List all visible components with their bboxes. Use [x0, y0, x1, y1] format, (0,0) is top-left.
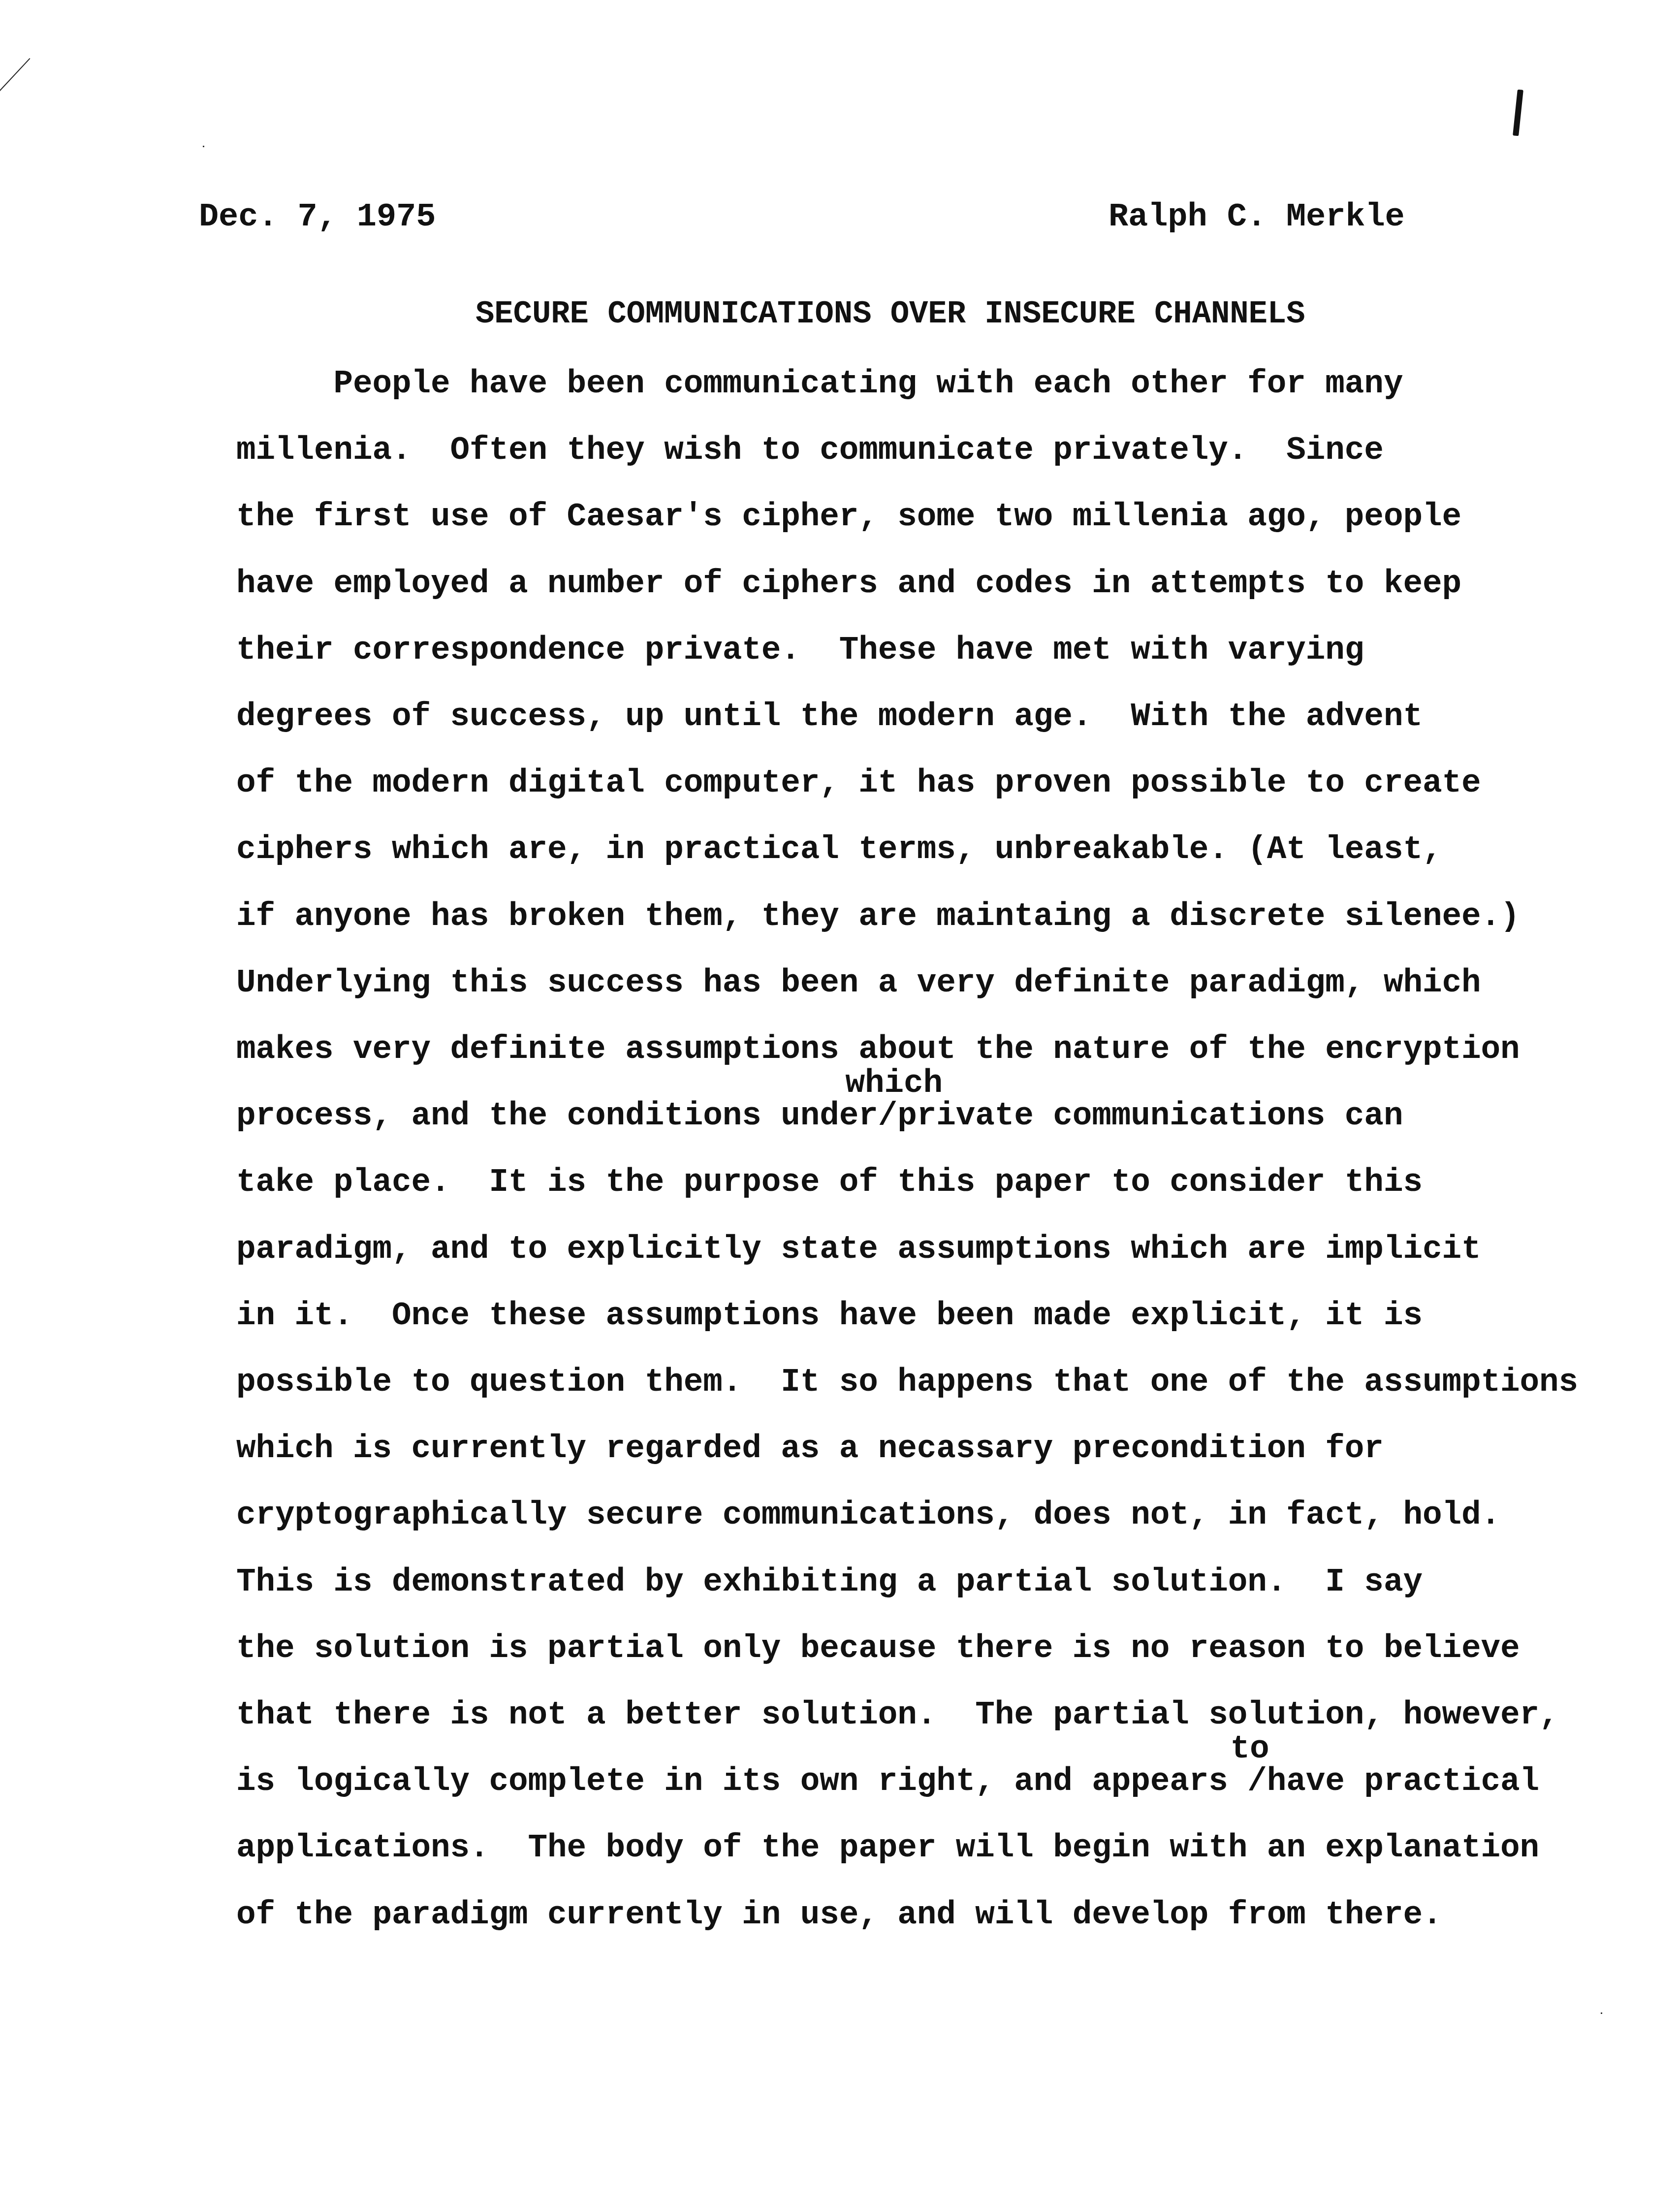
- document-line: applications. The body of the paper will…: [236, 1832, 1539, 1864]
- document-line: their correspondence private. These have…: [236, 634, 1364, 667]
- document-line: People have been communicating with each…: [236, 368, 1403, 400]
- speck: [1601, 2012, 1602, 2014]
- document-line: of the modern digital computer, it has p…: [236, 767, 1481, 799]
- document-line: that there is not a better solution. The…: [236, 1699, 1558, 1731]
- document-line: Underlying this success has been a very …: [236, 967, 1481, 999]
- document-title: SECURE COMMUNICATIONS OVER INSECURE CHAN…: [475, 299, 1305, 330]
- document-line: the solution is partial only because the…: [236, 1632, 1520, 1665]
- document-line: of the paradigm currently in use, and wi…: [236, 1899, 1442, 1931]
- speck: [203, 146, 204, 147]
- document-line: ciphers which are, in practical terms, u…: [236, 833, 1442, 866]
- document-author: Ralph C. Merkle: [1109, 201, 1405, 234]
- document-line: have employed a number of ciphers and co…: [236, 568, 1461, 600]
- document-line: if anyone has broken them, they are main…: [236, 900, 1520, 933]
- document-line: take place. It is the purpose of this pa…: [236, 1166, 1423, 1199]
- document-line: possible to question them. It so happens…: [236, 1366, 1578, 1399]
- document-line: makes very definite assumptions about th…: [236, 1033, 1520, 1066]
- document-line: in it. Once these assumptions have been …: [236, 1300, 1423, 1332]
- document-line: cryptographically secure communications,…: [236, 1499, 1500, 1531]
- document-line: the first use of Caesar's cipher, some t…: [236, 501, 1461, 533]
- document-line: which is currently regarded as a necassa…: [236, 1433, 1384, 1465]
- document-line: degrees of success, up until the modern …: [236, 701, 1423, 733]
- interlinear-insertion: which: [846, 1067, 943, 1100]
- interlinear-insertion: to: [1231, 1733, 1269, 1765]
- document-line: This is demonstrated by exhibiting a par…: [236, 1566, 1423, 1598]
- document-line: is logically complete in its own right, …: [236, 1765, 1539, 1798]
- document-date: Dec. 7, 1975: [199, 201, 436, 234]
- document-line: process, and the conditions under/privat…: [236, 1100, 1403, 1132]
- document-line: paradigm, and to explicitly state assump…: [236, 1233, 1481, 1266]
- document-line: millenia. Often they wish to communicate…: [236, 434, 1384, 467]
- document-page: Dec. 7, 1975 Ralph C. Merkle SECURE COMM…: [0, 0, 1680, 2201]
- handwritten-page-number: [1513, 90, 1523, 136]
- handwritten-slash-mark: [0, 58, 30, 136]
